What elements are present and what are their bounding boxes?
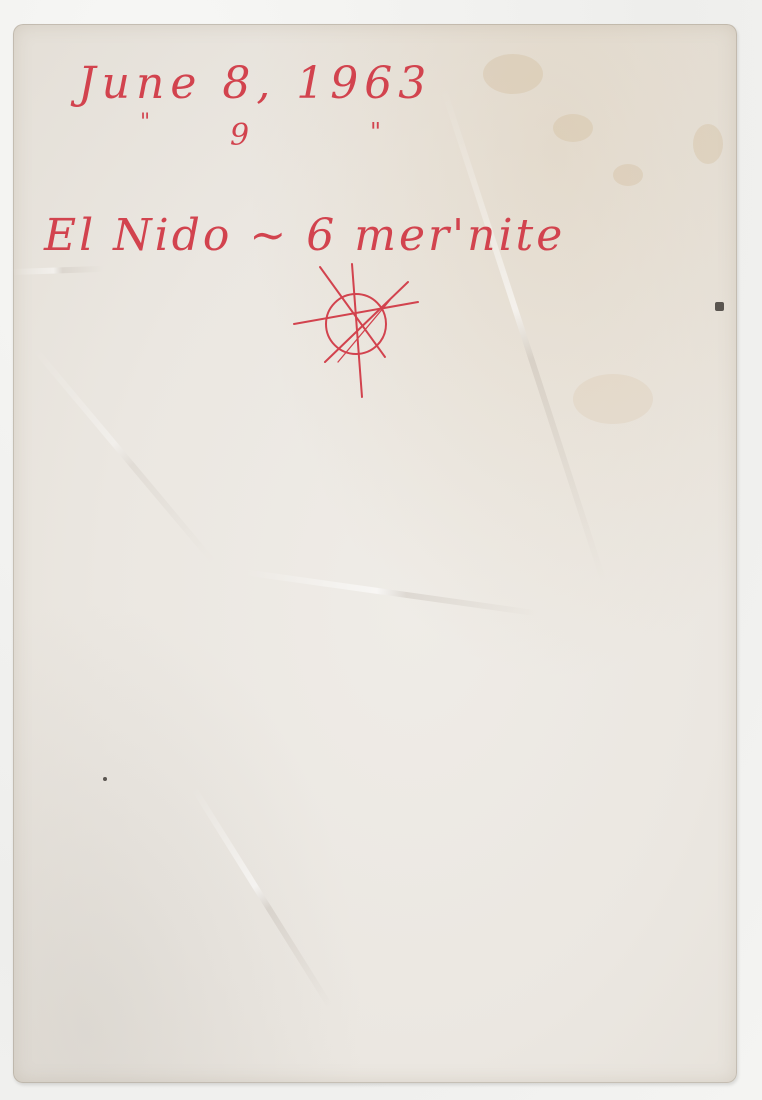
age-stain xyxy=(693,124,723,164)
ditto-mark-left: " xyxy=(140,110,152,135)
circled-cross-signature-icon xyxy=(290,262,420,402)
ditto-mark-right: " xyxy=(370,118,383,146)
dust-speck xyxy=(715,302,724,311)
paper-crease xyxy=(31,345,216,563)
handwritten-location: El Nido ~ 6 mer'nite xyxy=(44,210,565,261)
age-stain xyxy=(573,374,653,424)
handwritten-date: June 8, 1963 xyxy=(78,58,432,109)
paper-crease xyxy=(13,266,103,275)
paper-crease xyxy=(243,569,541,617)
photo-back-card xyxy=(13,24,737,1083)
paper-crease xyxy=(440,86,606,582)
age-stain xyxy=(613,164,643,186)
age-stain xyxy=(483,54,543,94)
handwritten-day: 9 xyxy=(230,118,251,153)
age-stain xyxy=(553,114,593,142)
paper-crease xyxy=(190,785,333,1009)
dust-speck xyxy=(103,777,107,781)
